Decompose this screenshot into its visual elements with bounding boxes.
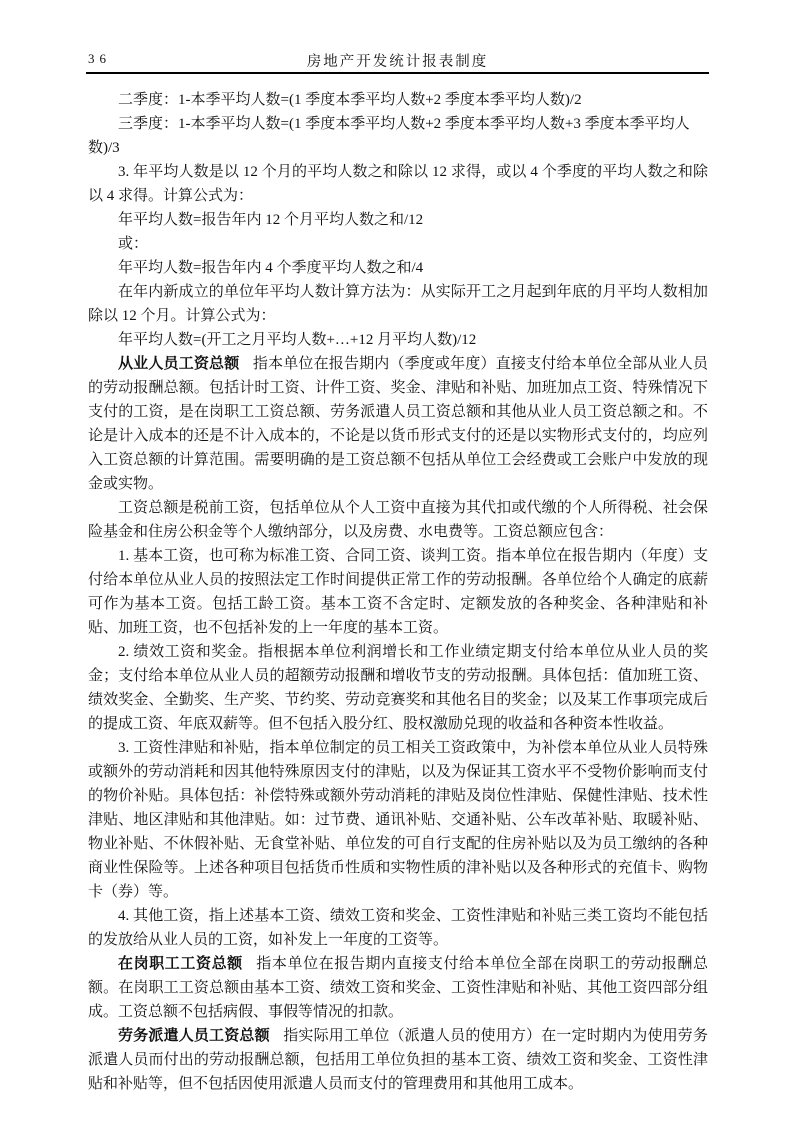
header-title: 房地产开发统计报表制度 (307, 50, 489, 71)
body-paragraph: 工资总额是税前工资，包括单位从个人工资中直接为其代扣或代缴的个人所得税、社会保险… (88, 496, 708, 544)
page-number: 36 (88, 51, 111, 67)
body-paragraph: 2. 绩效工资和奖金。指根据本单位利润增长和工作业绩定期支付给本单位从业人员的奖… (88, 640, 708, 736)
definition-paragraph: 从业人员工资总额指本单位在报告期内（季度或年度）直接支付给本单位全部从业人员的劳… (88, 352, 708, 496)
term-label: 劳务派遣人员工资总额 (118, 1027, 270, 1044)
definition-paragraph: 劳务派遣人员工资总额指实际用工单位（派遣人员的使用方）在一定时期内为使用劳务派遣… (88, 1024, 708, 1096)
formula-line: 年平均人数=(开工之月平均人数+…+12 月平均人数)/12 (88, 328, 708, 352)
term-definition: 指本单位在报告期内（季度或年度）直接支付给本单位全部从业人员的劳动报酬总额。包括… (88, 356, 708, 492)
term-label: 在岗职工工资总额 (118, 955, 243, 972)
body-paragraph: 1. 基本工资，也可称为标准工资、合同工资、谈判工资。指本单位在报告期内（年度）… (88, 544, 708, 640)
formula-line: 年平均人数=报告年内 4 个季度平均人数之和/4 (88, 256, 708, 280)
formula-line: 或： (88, 232, 708, 256)
definition-paragraph: 在岗职工工资总额指本单位在报告期内直接支付给本单位全部在岗职工的劳动报酬总额。在… (88, 952, 708, 1024)
body-paragraph: 在年内新成立的单位年平均人数计算方法为：从实际开工之月起到年底的月平均人数相加除… (88, 280, 708, 328)
body-paragraph: 4. 其他工资，指上述基本工资、绩效工资和奖金、工资性津贴和补贴三类工资均不能包… (88, 904, 708, 952)
document-page: 36 房地产开发统计报表制度 二季度：1-本季平均人数=(1 季度本季平均人数+… (0, 0, 793, 1122)
formula-line: 年平均人数=报告年内 12 个月平均人数之和/12 (88, 208, 708, 232)
body-paragraph: 3. 工资性津贴和补贴，指本单位制定的员工相关工资政策中，为补偿本单位从业人员特… (88, 736, 708, 904)
page-header: 36 房地产开发统计报表制度 (86, 48, 709, 74)
formula-line: 二季度：1-本季平均人数=(1 季度本季平均人数+2 季度本季平均人数)/2 (88, 88, 708, 112)
document-body: 二季度：1-本季平均人数=(1 季度本季平均人数+2 季度本季平均人数)/2三季… (88, 88, 708, 1096)
body-paragraph: 3. 年平均人数是以 12 个月的平均人数之和除以 12 求得，或以 4 个季度… (88, 160, 708, 208)
formula-line: 三季度：1-本季平均人数=(1 季度本季平均人数+2 季度本季平均人数+3 季度… (88, 112, 708, 160)
term-label: 从业人员工资总额 (118, 355, 239, 372)
